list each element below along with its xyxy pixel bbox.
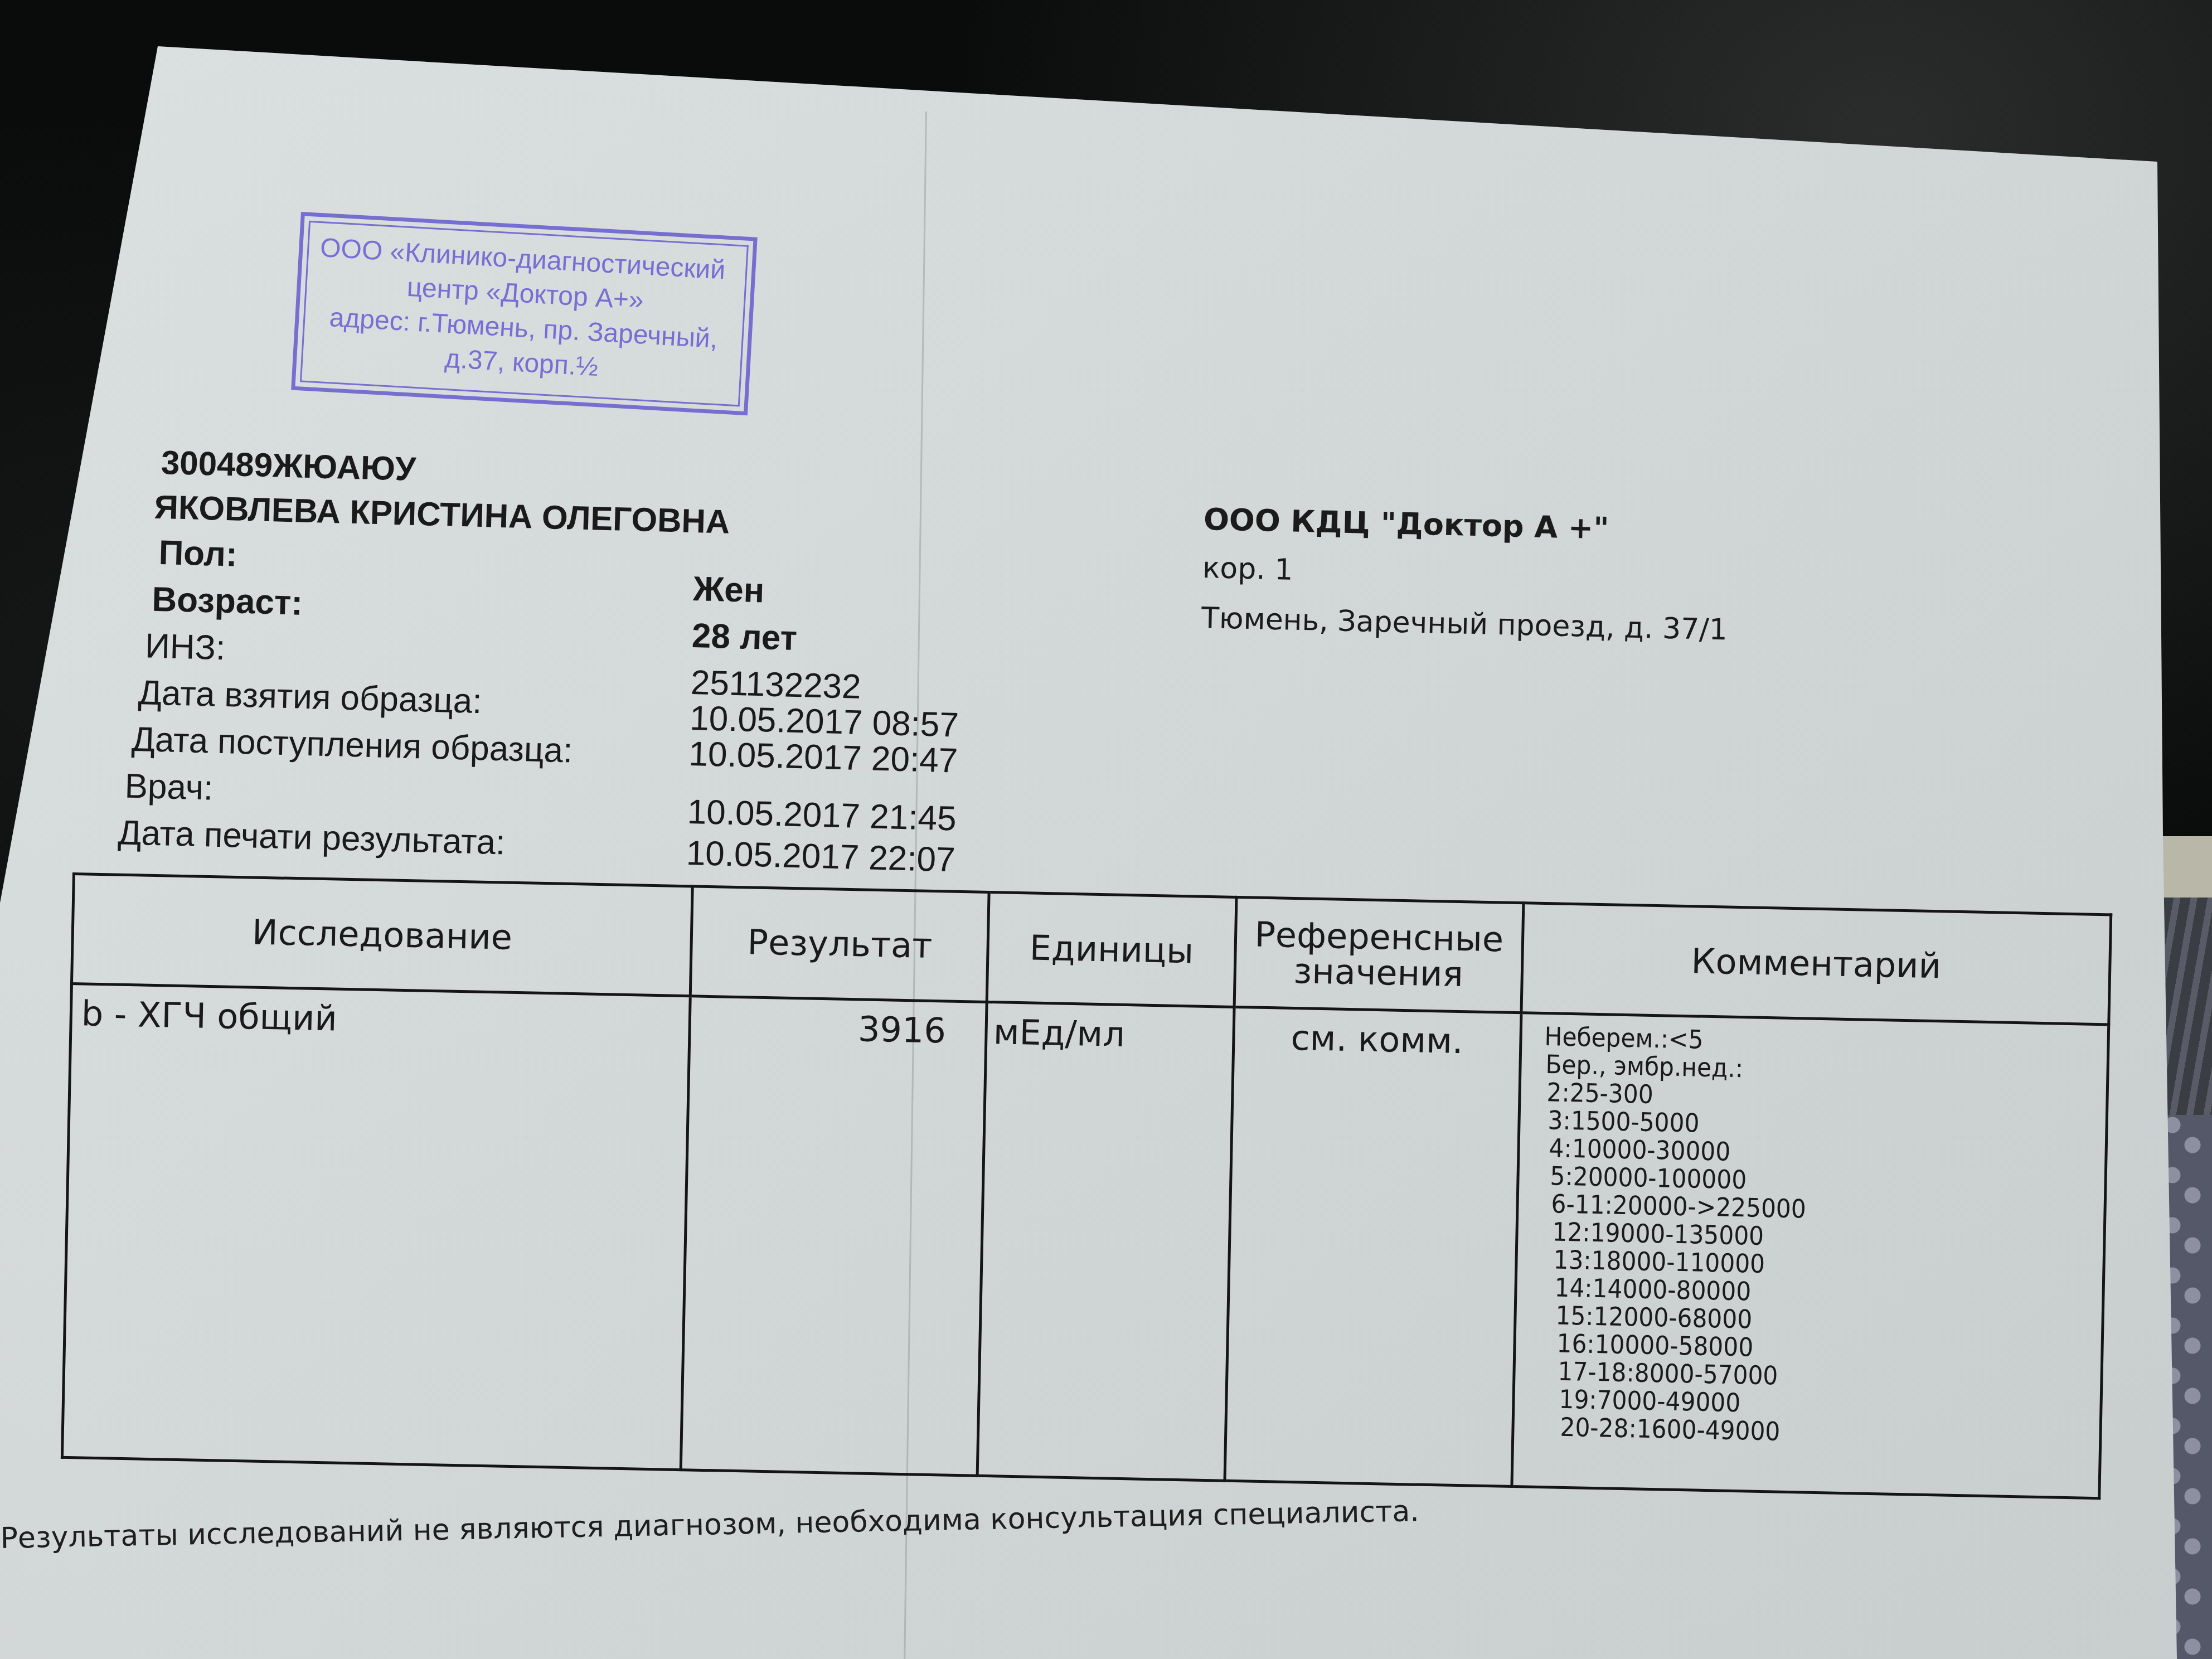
field-label: ИНЗ:	[144, 623, 226, 672]
clinic-stamp: ООО «Клинико-диагностический центр «Докт…	[291, 212, 758, 415]
clinic-stamp-inner: ООО «Клинико-диагностический центр «Докт…	[300, 221, 749, 407]
comment-lines: Неберем.:<5Бер., эмбр.нед.:2:25-3003:150…	[1536, 1022, 2107, 1452]
field-value: 10.05.2017 22:07	[686, 830, 956, 884]
header-units: Единицы	[987, 892, 1236, 1007]
patient-info: 300489ЖЮАЮУ ЯКОВЛЕВА КРИСТИНА ОЛЕГОВНА П…	[151, 440, 731, 872]
header-reference: Референсные значения	[1234, 897, 1524, 1012]
cell-comment: Неберем.:<5Бер., эмбр.нед.:2:25-3003:150…	[1512, 1013, 2109, 1498]
clinic-info: ООО КДЦ "Доктор А +" кор. 1 Тюмень, Заре…	[1201, 496, 1730, 655]
header-comment: Комментарий	[1521, 903, 2111, 1025]
cell-test: b - ХГЧ общий	[62, 984, 690, 1470]
field-label: Возраст:	[151, 576, 303, 627]
field-label: Врач:	[124, 763, 214, 812]
cell-units: мЕд/мл	[977, 1002, 1234, 1481]
side-object-band	[2157, 836, 2212, 898]
field-value: 10.05.2017 20:47	[688, 731, 958, 785]
cell-result: 3916	[681, 996, 987, 1476]
results-table: Исследование Результат Единицы Референсн…	[61, 872, 2112, 1500]
report-paper: ООО «Клинико-диагностический центр «Докт…	[0, 0, 2212, 1659]
field-label: Пол:	[158, 530, 238, 579]
header-test: Исследование	[71, 874, 692, 996]
field-label: Дата взятия образца:	[138, 670, 482, 725]
cell-reference: см. комм.	[1225, 1007, 1521, 1486]
table-row: b - ХГЧ общий 3916 мЕд/мл см. комм. Небе…	[62, 984, 2108, 1498]
header-result: Результат	[691, 886, 989, 1002]
